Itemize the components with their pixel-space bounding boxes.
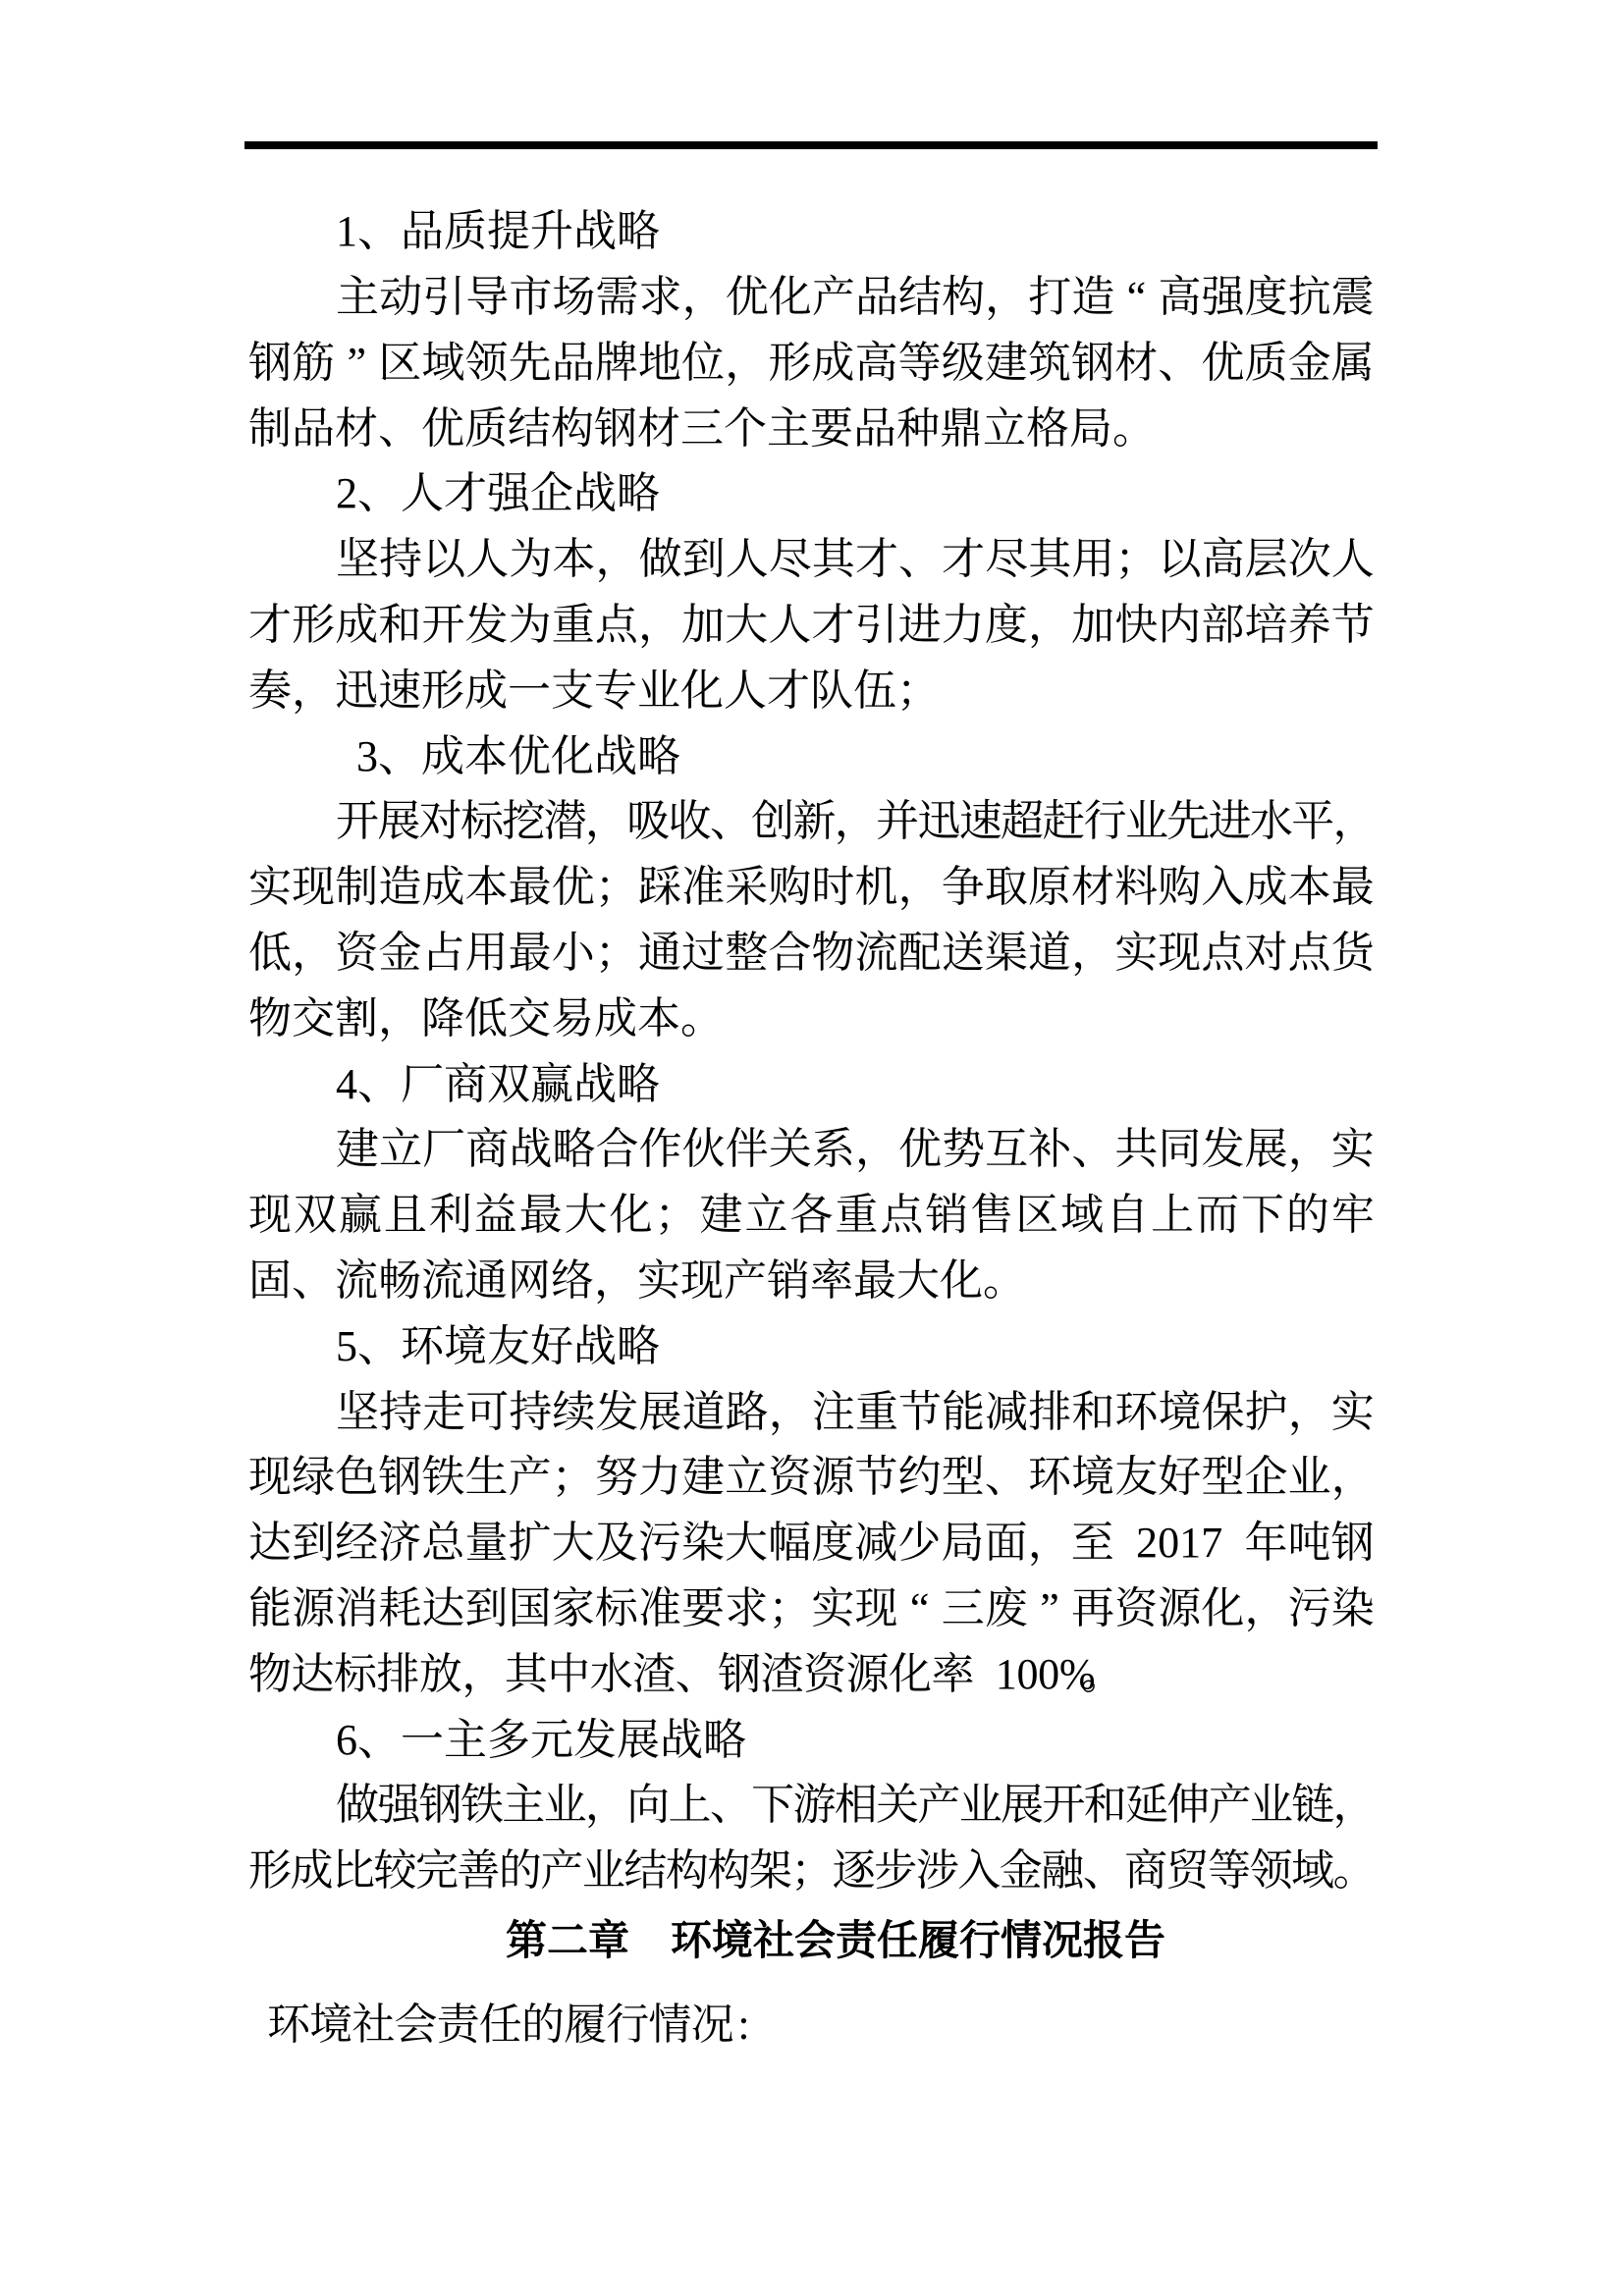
strategy-5-paragraph-line-1: 坚持走可持续发展道路，注重节能减排和环境保护，实	[336, 1381, 1375, 1444]
strategy-2-title: 2、人才强企战略	[336, 462, 660, 525]
strategy-3-paragraph-line-4: 物交割，降低交易成本。	[248, 988, 724, 1050]
strategy-5-title: 5、环境友好战略	[336, 1315, 660, 1378]
strategy-1-paragraph-line-2: 钢筋”区域领先品牌地位，形成高等级建筑钢材、优质金属	[248, 332, 1375, 395]
strategy-1-title: 1、品质提升战略	[336, 200, 660, 263]
strategy-2-paragraph-line-1: 坚持以人为本，做到人尽其才、才尽其用；以高层次人	[336, 528, 1375, 591]
strategy-3-paragraph-line-3: 低，资金占用最小；通过整合物流配送渠道，实现点对点货	[248, 922, 1375, 985]
strategy-4-title: 4、厂商双赢战略	[336, 1053, 660, 1116]
strategy-2-paragraph-line-2: 才形成和开发为重点，加大人才引进力度，加快内部培养节	[248, 594, 1375, 657]
chapter-2-heading: 第二章 环境社会责任履行情况报告	[506, 1910, 1165, 1973]
strategy-5-paragraph-line-5: 物达标排放，其中水渣、钢渣资源化率 100%。	[248, 1643, 1123, 1706]
strategy-2-paragraph-line-3: 奏，迅速形成一支专业化人才队伍；	[248, 660, 940, 722]
strategy-3-paragraph-line-2: 实现制造成本最优；踩准采购时机，争取原材料购入成本最	[248, 856, 1375, 919]
strategy-3-paragraph-line-1: 开展对标挖潜，吸收、创新，并迅速超赶行业先进水平，	[336, 790, 1375, 853]
strategy-5-paragraph-line-3: 达到经济总量扩大及污染大幅度减少局面，至 2017 年吨钢	[248, 1512, 1375, 1575]
strategy-1-paragraph-line-3: 制品材、优质结构钢材三个主要品种鼎立格局。	[248, 398, 1156, 460]
strategy-4-paragraph-line-3: 固、流畅流通网络，实现产销率最大化。	[248, 1250, 1026, 1312]
strategy-6-paragraph-line-2: 形成比较完善的产业结构构架；逐步涉入金融、商贸等领域。	[248, 1840, 1375, 1902]
strategy-5-paragraph-line-2: 现绿色钢铁生产；努力建立资源节约型、环境友好型企业，	[248, 1446, 1375, 1509]
strategy-1-paragraph-line-1: 主动引导市场需求，优化产品结构，打造“高强度抗震	[336, 266, 1375, 329]
strategy-3-title: 3、成本优化战略	[356, 725, 680, 788]
strategy-4-paragraph-line-1: 建立厂商战略合作伙伴关系，优势互补、共同发展，实	[336, 1118, 1375, 1181]
document-page: 1、品质提升战略主动引导市场需求，优化产品结构，打造“高强度抗震钢筋”区域领先品…	[0, 0, 1624, 2296]
strategy-5-paragraph-line-4: 能源消耗达到国家标准要求；实现“三废”再资源化，污染	[248, 1577, 1375, 1640]
header-rule	[244, 141, 1378, 149]
strategy-6-title: 6、一主多元发展战略	[336, 1709, 746, 1772]
section-intro-line: 环境社会责任的履行情况:	[267, 1994, 754, 2056]
strategy-6-paragraph-line-1: 做强钢铁主业，向上、下游相关产业展开和延伸产业链，	[336, 1774, 1375, 1837]
strategy-4-paragraph-line-2: 现双赢且利益最大化；建立各重点销售区域自上而下的牢	[248, 1184, 1375, 1247]
